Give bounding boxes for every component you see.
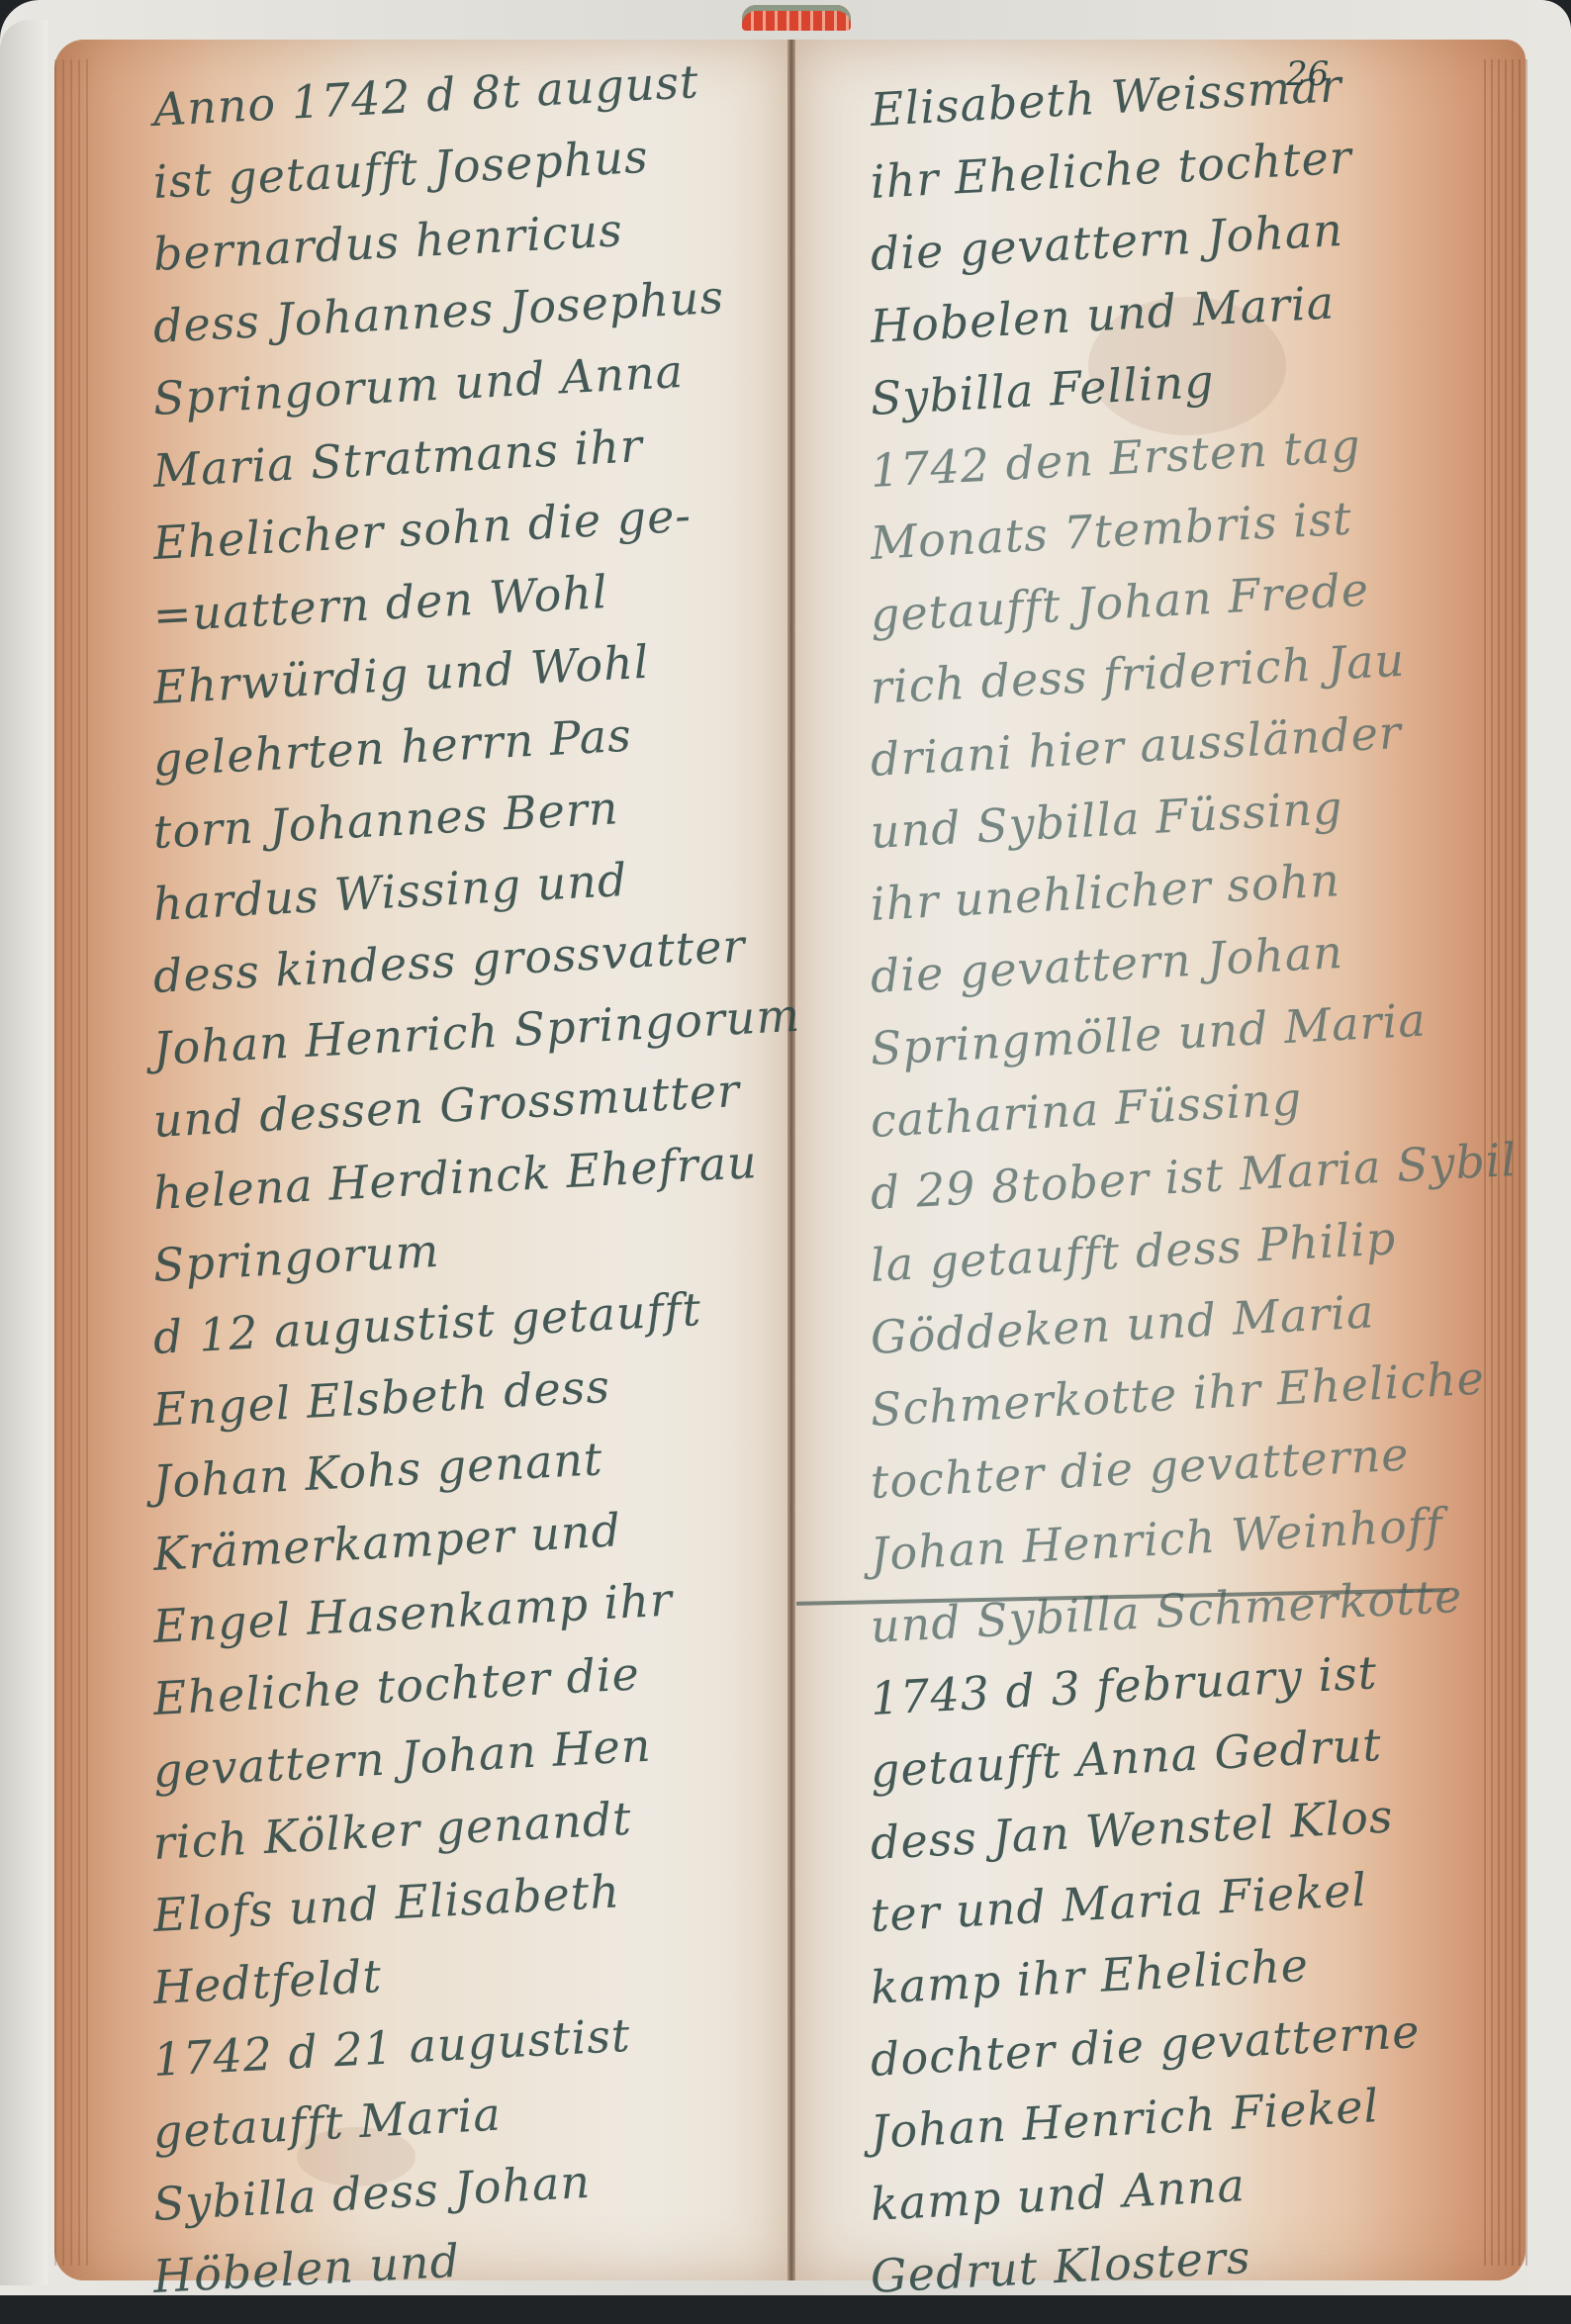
left-page-text: Anno 1742 d 8t august ist getaufft Josep… [153, 74, 767, 2313]
headband [742, 5, 851, 31]
book-gutter [787, 40, 795, 2280]
page-edges-left [54, 59, 94, 2266]
right-page-text: Elisabeth Weissmar ihr Eheliche tochter … [871, 74, 1484, 2313]
cover-edge [0, 20, 47, 2285]
